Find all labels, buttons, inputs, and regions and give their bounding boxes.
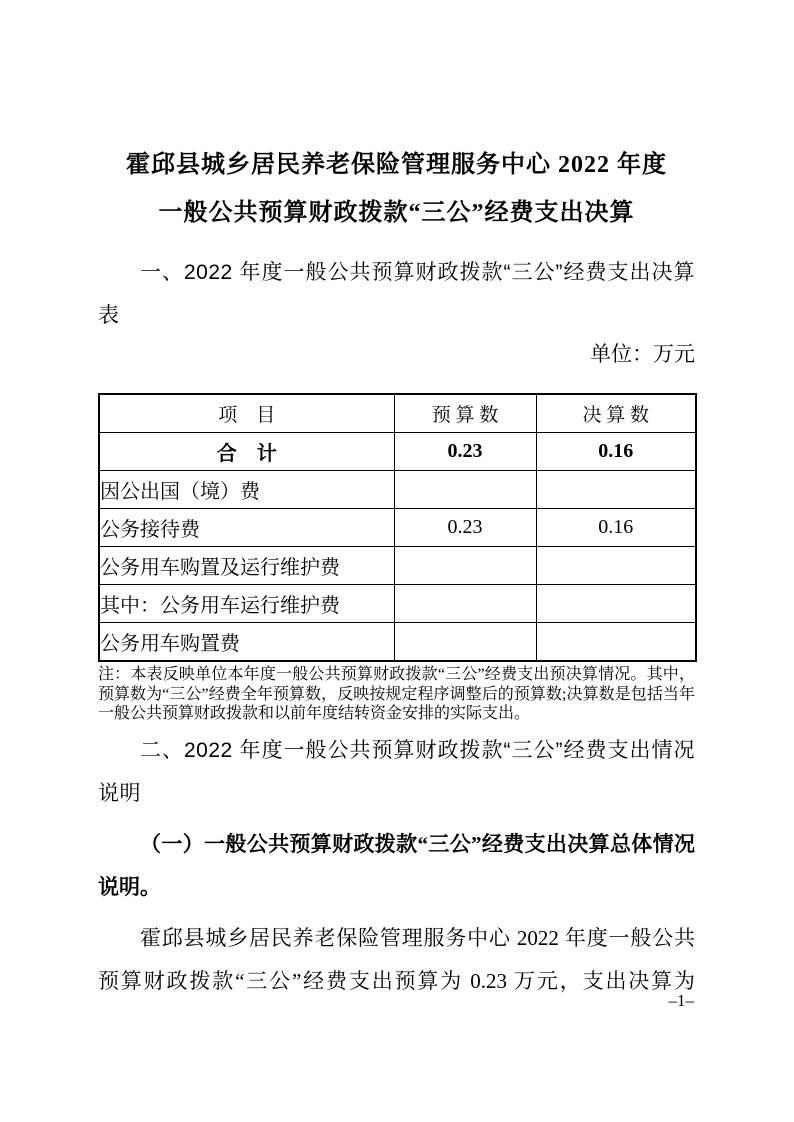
- item-cell: 公务用车购置及运行维护费: [99, 547, 394, 585]
- item-cell: 合 计: [99, 433, 394, 471]
- item-cell: 公务接待费: [99, 509, 394, 547]
- budget-cell: [394, 623, 536, 662]
- item-cell: 其中：公务用车运行维护费: [99, 585, 394, 623]
- table-header-row: 项 目 预 算 数 决 算 数: [99, 394, 696, 433]
- final-cell: [536, 547, 696, 585]
- three-public-expense-table: 项 目 预 算 数 决 算 数 合 计0.230.16因公出国（境）费公务接待费…: [98, 393, 697, 662]
- item-cell: 因公出国（境）费: [99, 471, 394, 509]
- column-header-budget: 预 算 数: [394, 394, 536, 433]
- final-cell: 0.16: [536, 433, 696, 471]
- final-cell: [536, 471, 696, 509]
- item-cell: 公务用车购置费: [99, 623, 394, 662]
- final-cell: 0.16: [536, 509, 696, 547]
- column-header-final: 决 算 数: [536, 394, 696, 433]
- final-cell: [536, 585, 696, 623]
- table-note: 注：本表反映单位本年度一般公共预算财政拨款“三公”经费支出预决算情况。其中，预算…: [98, 665, 695, 724]
- section2-sub-heading: （一）一般公共预算财政拨款“三公”经费支出决算总体情况说明。: [98, 823, 695, 909]
- budget-cell: [394, 547, 536, 585]
- table-row: 公务用车购置费: [99, 623, 696, 662]
- table-header: 项 目 预 算 数 决 算 数: [99, 394, 696, 433]
- table-row: 其中：公务用车运行维护费: [99, 585, 696, 623]
- table-row: 因公出国（境）费: [99, 471, 696, 509]
- document-page: 霍邱县城乡居民养老保险管理服务中心 2022 年度 一般公共预算财政拨款“三公”…: [0, 0, 794, 1122]
- table-body: 合 计0.230.16因公出国（境）费公务接待费0.230.16公务用车购置及运…: [99, 433, 696, 662]
- section2-heading: 二、2022 年度一般公共预算财政拨款“三公”经费支出情况说明: [98, 729, 695, 815]
- budget-cell: 0.23: [394, 509, 536, 547]
- final-cell: [536, 623, 696, 662]
- page-number: –1–: [669, 991, 695, 1011]
- document-title-line-1: 霍邱县城乡居民养老保险管理服务中心 2022 年度: [98, 141, 695, 189]
- section2-paragraph: 霍邱县城乡居民养老保险管理服务中心 2022 年度一般公共预算财政拨款“三公”经…: [98, 917, 695, 1003]
- document-title-line-2: 一般公共预算财政拨款“三公”经费支出决算: [98, 189, 695, 237]
- unit-label: 单位：万元: [98, 337, 695, 371]
- column-header-item: 项 目: [99, 394, 394, 433]
- budget-cell: [394, 585, 536, 623]
- table-row: 合 计0.230.16: [99, 433, 696, 471]
- section1-heading: 一、2022 年度一般公共预算财政拨款“三公”经费支出决算表: [98, 251, 695, 337]
- budget-cell: [394, 471, 536, 509]
- table-row: 公务用车购置及运行维护费: [99, 547, 696, 585]
- document-content: 霍邱县城乡居民养老保险管理服务中心 2022 年度 一般公共预算财政拨款“三公”…: [98, 0, 695, 1003]
- document-title: 霍邱县城乡居民养老保险管理服务中心 2022 年度 一般公共预算财政拨款“三公”…: [98, 141, 695, 237]
- budget-cell: 0.23: [394, 433, 536, 471]
- table-row: 公务接待费0.230.16: [99, 509, 696, 547]
